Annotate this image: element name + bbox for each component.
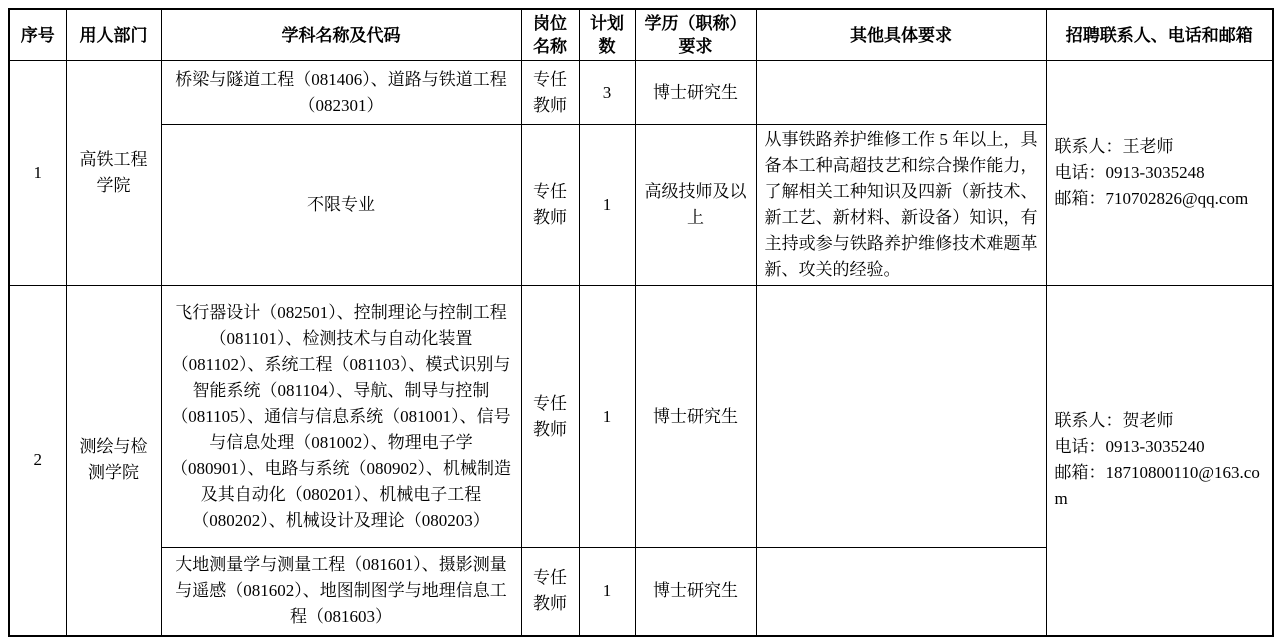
cell-department: 测绘与检测学院	[66, 286, 161, 636]
table-row: 2 测绘与检测学院 飞行器设计（082501）、控制理论与控制工程（081101…	[9, 286, 1273, 548]
header-row: 序号 用人部门 学科名称及代码 岗位名称 计划数 学历（职称）要求 其他具体要求…	[9, 9, 1273, 61]
contact-email: 邮箱：18710800110@163.com	[1055, 460, 1265, 512]
header-subjects: 学科名称及代码	[161, 9, 521, 61]
recruitment-table: 序号 用人部门 学科名称及代码 岗位名称 计划数 学历（职称）要求 其他具体要求…	[8, 8, 1274, 637]
contact-phone: 电话：0913-3035240	[1055, 434, 1265, 460]
cell-other-requirements	[756, 286, 1046, 548]
cell-education: 博士研究生	[635, 61, 756, 125]
cell-plan-count: 1	[579, 286, 635, 548]
cell-department: 高铁工程学院	[66, 61, 161, 286]
cell-position: 专任教师	[521, 125, 579, 286]
contact-email: 邮箱：710702826@qq.com	[1055, 186, 1265, 212]
cell-index: 2	[9, 286, 66, 636]
header-department: 用人部门	[66, 9, 161, 61]
header-position: 岗位名称	[521, 9, 579, 61]
cell-other-requirements	[756, 61, 1046, 125]
cell-education: 博士研究生	[635, 286, 756, 548]
contact-person: 联系人：贺老师	[1055, 408, 1265, 434]
cell-position: 专任教师	[521, 61, 579, 125]
cell-contact: 联系人：王老师 电话：0913-3035248 邮箱：710702826@qq.…	[1046, 61, 1273, 286]
header-other-requirements: 其他具体要求	[756, 9, 1046, 61]
header-index: 序号	[9, 9, 66, 61]
cell-subjects: 飞行器设计（082501）、控制理论与控制工程（081101）、检测技术与自动化…	[161, 286, 521, 548]
cell-education: 博士研究生	[635, 548, 756, 636]
cell-subjects: 桥梁与隧道工程（081406）、道路与铁道工程（082301）	[161, 61, 521, 125]
cell-education: 高级技师及以上	[635, 125, 756, 286]
contact-phone: 电话：0913-3035248	[1055, 160, 1265, 186]
cell-plan-count: 3	[579, 61, 635, 125]
cell-subjects: 不限专业	[161, 125, 521, 286]
cell-other-requirements	[756, 548, 1046, 636]
cell-plan-count: 1	[579, 125, 635, 286]
cell-other-requirements: 从事铁路养护维修工作 5 年以上，具备本工种高超技艺和综合操作能力，了解相关工种…	[756, 125, 1046, 286]
contact-person: 联系人：王老师	[1055, 134, 1265, 160]
cell-position: 专任教师	[521, 548, 579, 636]
cell-subjects: 大地测量学与测量工程（081601）、摄影测量与遥感（081602）、地图制图学…	[161, 548, 521, 636]
header-education: 学历（职称）要求	[635, 9, 756, 61]
cell-index: 1	[9, 61, 66, 286]
cell-plan-count: 1	[579, 548, 635, 636]
cell-contact: 联系人：贺老师 电话：0913-3035240 邮箱：18710800110@1…	[1046, 286, 1273, 636]
table-row: 1 高铁工程学院 桥梁与隧道工程（081406）、道路与铁道工程（082301）…	[9, 61, 1273, 125]
header-plan-count: 计划数	[579, 9, 635, 61]
header-contact: 招聘联系人、电话和邮箱	[1046, 9, 1273, 61]
cell-position: 专任教师	[521, 286, 579, 548]
